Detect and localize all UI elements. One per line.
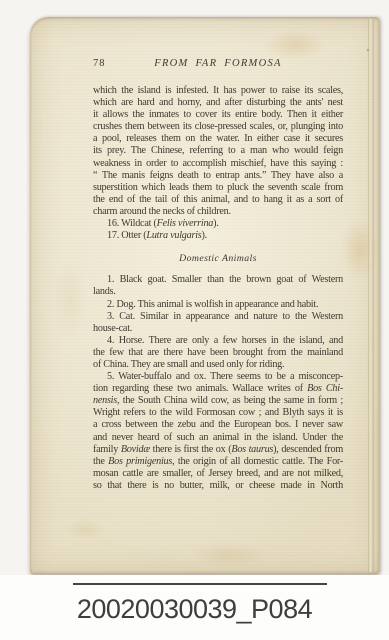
text-line: charm around the necks of children. <box>93 206 343 218</box>
text-line: “ The manis feigns death to entrap ants.… <box>93 170 343 182</box>
section-heading: Domestic Animals <box>93 253 343 265</box>
catalog-id: 20020030039_P084 <box>0 594 389 625</box>
text-line: a cross between the zebu and the Europea… <box>93 419 343 431</box>
body-text: which the island is infested. It has pow… <box>93 85 343 492</box>
page-number: 78 <box>93 58 106 69</box>
text-line: the few that are there have been brought… <box>93 347 343 359</box>
catalog-label-strip: 20020030039_P084 <box>0 575 389 640</box>
text-line: 17. Otter (Lutra vulgaris). <box>93 230 343 242</box>
text-line: and never heard of such an animal in the… <box>93 432 343 444</box>
text-line: lands. <box>93 286 343 298</box>
text-line: house-cat. <box>93 323 343 335</box>
text-line: 2. Dog. This animal is wolfish in appear… <box>93 299 343 311</box>
text-line: the Bos primigenius, the origin of all d… <box>93 456 343 468</box>
text-line: 5. Water-buffalo and ox. There seems to … <box>93 371 343 383</box>
text-line: 3. Cat. Similar in appearance and nature… <box>93 311 343 323</box>
text-line: crushes them between its close-pressed s… <box>93 121 343 133</box>
text-line: a pool, releases them on the water. In e… <box>93 133 343 145</box>
text-line: weakness in order to accomplish mischief… <box>93 158 343 170</box>
running-title: FROM FAR FORMOSA <box>93 58 343 69</box>
text-line: family Bovidæ there is first the ox (Bos… <box>93 444 343 456</box>
text-line: so that there is no butter, milk, or che… <box>93 480 343 492</box>
text-line: of China. They are small and used only f… <box>93 359 343 371</box>
page-content: 78 FROM FAR FORMOSA which the island is … <box>93 58 343 492</box>
page-header: 78 FROM FAR FORMOSA <box>93 58 343 71</box>
text-line: it allows the inmates to cover its entir… <box>93 109 343 121</box>
text-line: tion regarding these two animals. Wallac… <box>93 383 343 395</box>
text-line: its prey. The Chinese, referring to a ma… <box>93 145 343 157</box>
page-edge <box>368 19 374 572</box>
text-line: 16. Wildcat (Felis viverrina). <box>93 218 343 230</box>
text-line: superstition which leads them to pluck t… <box>93 182 343 194</box>
text-line: which are hard and horny, and after dist… <box>93 97 343 109</box>
text-line: 1. Black goat. Smaller than the brown go… <box>93 274 343 286</box>
text-line: nensis, the South China wild cow, as bei… <box>93 395 343 407</box>
text-line: the end of the tail of this animal, and … <box>93 194 343 206</box>
text-line: 4. Horse. There are only a few horses in… <box>93 335 343 347</box>
text-line: mosan cattle are smaller, of Jersey bree… <box>93 468 343 480</box>
book-page: 78 FROM FAR FORMOSA which the island is … <box>30 17 379 574</box>
label-top-line <box>73 583 327 585</box>
text-line: Wright refers to the wild Formosan cow ;… <box>93 407 343 419</box>
text-line: which the island is infested. It has pow… <box>93 85 343 97</box>
